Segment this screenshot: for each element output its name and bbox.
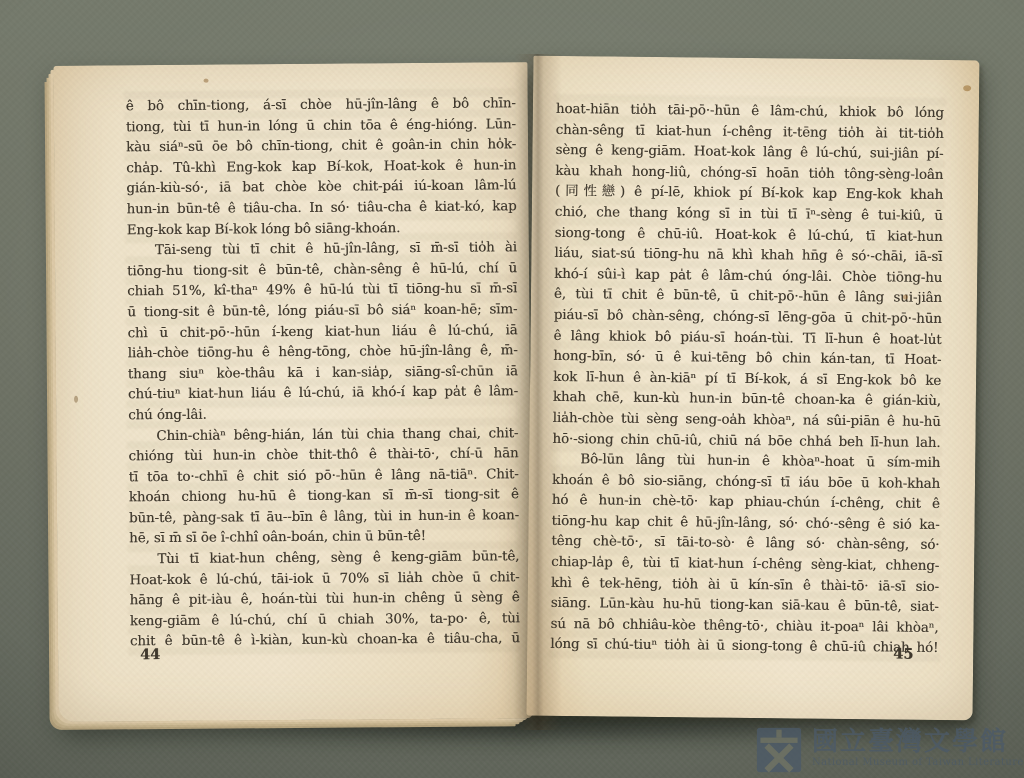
text-line: Tùi tī kiat-hun chêng, sèng ê keng-giām … [129, 547, 519, 571]
text-line: būn-tê, pàng-sak tī āu--bīn ê lâng, tùi … [129, 506, 519, 530]
text-line: ū tiong-sit ê būn-tê, lóng piáu-sī bô si… [127, 300, 517, 324]
page-number-right: 45 [893, 645, 913, 662]
text-line: khoán chiong hu-hū ê tiong-kan sī m̄-sī … [129, 486, 519, 510]
text-line: chit ê būn-tê ê ì-kiàn, kun-kù choan-ka … [130, 630, 520, 654]
paper-speck [74, 396, 78, 403]
book-spread: ê bô chīn-tiong, á-sī chòe hū-jîn-lâng ê… [40, 48, 990, 748]
text-line: lia̍h-chòe tiōng-hu ê hêng-tōng, chòe hū… [128, 341, 518, 365]
photo-background: ê bô chīn-tiong, á-sī chòe hū-jîn-lâng ê… [0, 0, 1024, 778]
text-line: chióng tùi hun-in chòe thit-thô ê thài-t… [128, 444, 518, 468]
book-page-left: ê bô chīn-tiong, á-sī chòe hū-jîn-lâng ê… [53, 62, 532, 722]
text-line: kàu siáⁿ-sū ōe bô chīn-tiong, chit ê goâ… [126, 135, 516, 159]
watermark-title-english: National Museum of Taiwan Literature [812, 757, 1024, 769]
book-page-right: hoat-hiān tio̍h tāi-pō·-hūn ê lâm-chú, k… [527, 56, 980, 721]
text-line: ê bô chīn-tiong, á-sī chòe hū-jîn-lâng ê… [126, 94, 516, 118]
text-line: hāng ê pit-iàu ê, hoán-tùi tùi hun-in ch… [130, 588, 520, 612]
paper-speck [963, 85, 971, 91]
left-page-text: ê bô chīn-tiong, á-sī chòe hū-jîn-lâng ê… [126, 94, 520, 653]
paper-speck [204, 79, 209, 83]
text-line: hun-in būn-tê ê tiâu-cha. In só· tiâu-ch… [126, 197, 516, 221]
page-number-left: 44 [140, 646, 160, 663]
text-line: Tāi-seng tùi tī chit ê hū-jîn-lâng, sī m… [127, 238, 517, 262]
museum-logo-icon [756, 727, 802, 777]
museum-watermark: 國立臺灣文學館 National Museum of Taiwan Litera… [756, 727, 1024, 777]
text-line: chú-tiuⁿ kiat-hun liáu ê lú-chú, iā khó-… [128, 383, 518, 407]
watermark-title-chinese: 國立臺灣文學館 [812, 727, 1024, 757]
text-line: lóng sī chú-tiuⁿ tio̍h ài ū siong-tong ê… [550, 635, 938, 660]
right-page-text: hoat-hiān tio̍h tāi-pō·-hūn ê lâm-chú, k… [550, 100, 944, 660]
